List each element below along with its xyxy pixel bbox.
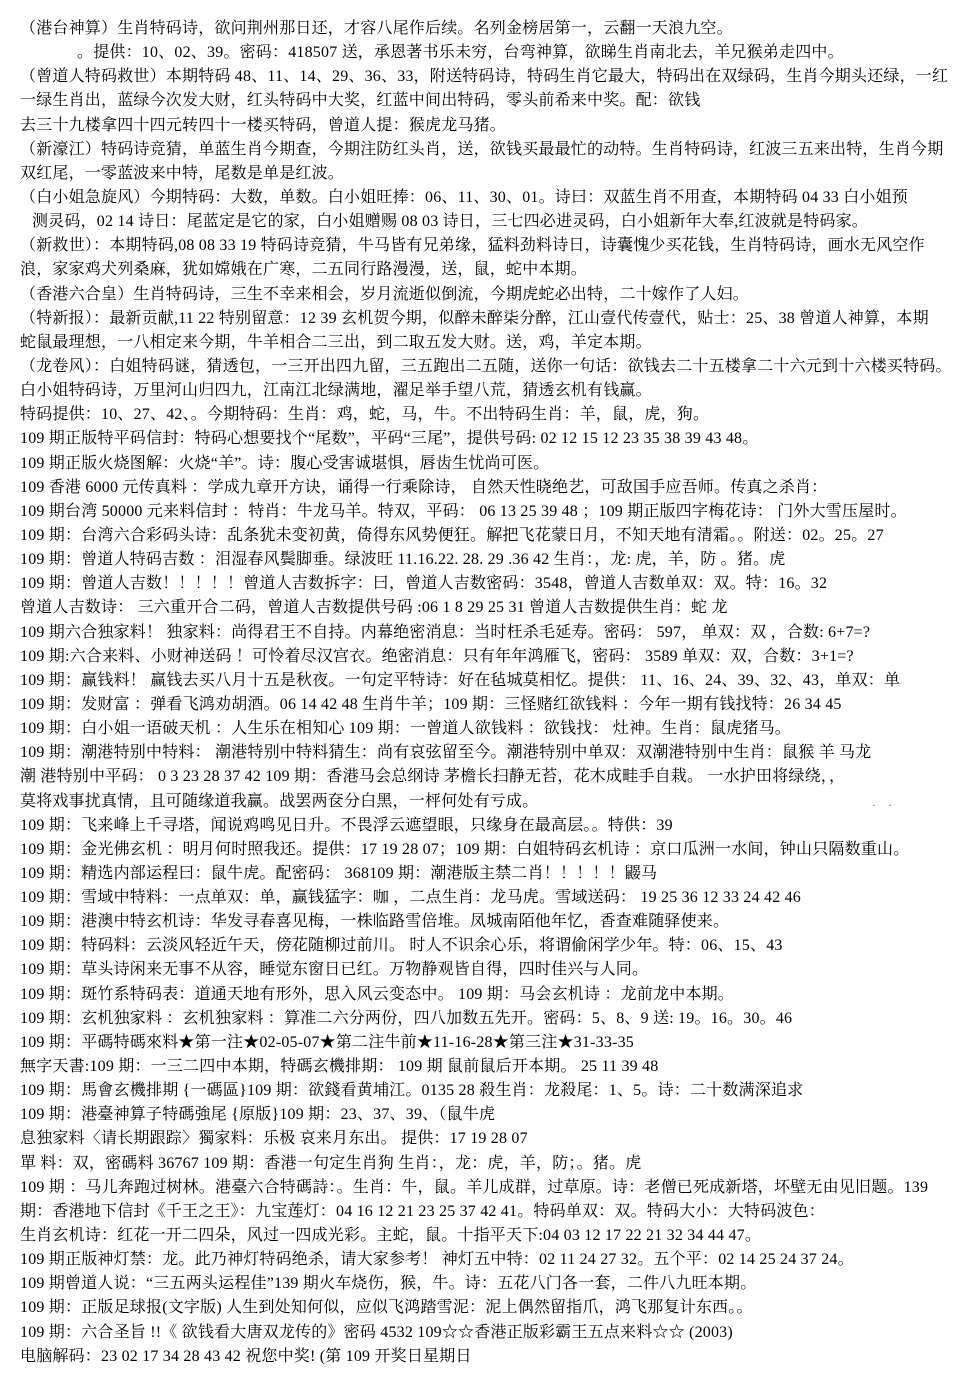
- text-line: 109 期：精选内部运程曰：鼠牛虎。配密码： 368109 期：潮港版主禁二肖！…: [20, 862, 957, 886]
- text-line: （港台神算）生肖特码诗，欲问荆州那日还，才容八尾作后续。名列金榜居第一，云翻一天…: [20, 17, 957, 41]
- text-line: （香港六合皇）生肖特码诗，三生不幸来相会，岁月流逝似倒流，今期虎蛇必出特，二十嫁…: [20, 283, 957, 307]
- text-line: （白小姐急旋风）今期特码：大数，单数。白小姐旺捧：06、11、30、01。诗曰：…: [20, 186, 957, 210]
- text-line: 109 期正版神灯禁：龙。此乃神灯特码绝杀，请大家参考！ 神灯五中特：02 11…: [20, 1248, 957, 1272]
- text-line: 109 期 ：马儿奔跑过树林。港臺六合特碼詩：。生肖：牛，鼠。羊儿成群，过草原。…: [20, 1176, 957, 1200]
- document-body: （港台神算）生肖特码诗，欲问荆州那日还，才容八尾作后续。名列金榜居第一，云翻一天…: [20, 17, 957, 1369]
- text-line: 潮 港特别中平码： 0 3 23 28 37 42 109 期：香港马会总纲诗 …: [20, 765, 957, 789]
- text-line: 109 期：潮港特别中特料： 潮港特别中特料猜生：尚有哀弦留至今。潮港特别中单双…: [20, 741, 957, 765]
- text-line: 109 期：港臺神算子特碼強尾 {原版}109 期：23、37、39、（鼠牛虎: [20, 1103, 957, 1127]
- text-line: （新救世）：本期特码,08 08 33 19 特码诗竞猜，牛马皆有兄弟缘，猛料劲…: [20, 234, 957, 258]
- text-line: 109 期：馬會玄機排期 {一碼區}109 期：欲錢看黄埔江。0135 28 殺…: [20, 1079, 957, 1103]
- text-line: 109 期：发财富 ：弹看飞鸿劝胡酒。06 14 42 48 生肖牛羊；109 …: [20, 693, 957, 717]
- text-line: 109 期台湾 50000 元来料信封 ：特肖：牛龙马羊。特双，平码： 06 1…: [20, 500, 957, 524]
- text-line: 109 期：曾道人特码吉数 ：泪湿春风鬓脚垂。绿波旺 11.16.22. 28.…: [20, 548, 957, 572]
- text-line: 109 期：特码料：云淡风轻近午天，傍花随柳过前川。 时人不识余心乐，将谓偷闲学…: [20, 934, 957, 958]
- stray-dots: · ·: [872, 800, 897, 812]
- text-line: 109 期：雪域中特料：一点单双：单，赢钱猛字：咖 ，二点生肖：龙马虎。雪域送码…: [20, 886, 957, 910]
- text-line: 109 香港 6000 元传真料 ：学成九章开方诀，诵得一行乘除诗， 自然天性晓…: [20, 476, 957, 500]
- text-line: （曾道人特码救世）本期特码 48、11、14、29、36、33，附送特码诗，特码…: [20, 65, 957, 89]
- text-line: 测灵码，02 14 诗日：尾蓝定是它的家，白小姐赠赐 08 03 诗日，三七四必…: [20, 210, 957, 234]
- text-line: 109 期：平碼特碼來料★第一注★02-05-07★第二注牛前★11-16-28…: [20, 1031, 957, 1055]
- text-line: 109 期：港澳中特玄机诗：华发寻春喜见梅，一株临路雪倍堆。凤城南陌他年忆，香查…: [20, 910, 957, 934]
- text-line: 109 期正版特平码信封：特码心想要找个“尾数”，平码“三尾”，提供号码: 02…: [20, 427, 957, 451]
- text-line: 曾道人吉数诗： 三六重开合二码，曾道人吉数提供号码 :06 1 8 29 25 …: [20, 596, 957, 620]
- text-line: 。提供：10、02、39。密码：418507 送，承恩著书乐未穷，台弯神算，欲睇…: [20, 41, 957, 65]
- text-line: 109 期：草头诗闲来无事不从容，睡觉东窗日已红。万物静观皆自得，四时佳兴与人同…: [20, 958, 957, 982]
- text-line: 浪，家家鸡犬列桑麻，犹如嫦娥在广寒，二五同行路漫漫，送，鼠，蛇中本期。: [20, 258, 957, 282]
- text-line: （龙卷风）：白姐特码谜，猜透包，一三开出四九留，三五跑出二五随，送你一句话：欲钱…: [20, 355, 957, 379]
- text-line: 109 期：台湾六合彩码头诗：乱条犹未变初黄，倚得东风势便狂。解把飞花蒙日月，不…: [20, 524, 957, 548]
- text-line: 电脑解码：23 02 17 34 28 43 42 祝您中奖! (第 109 开…: [20, 1345, 957, 1369]
- text-line: 單 料：双，密碼料 36767 109 期：香港一句定生肖狗 生肖：，龙：虎，羊…: [20, 1152, 957, 1176]
- text-line: 109 期：赢钱料！ 赢钱去买八月十五是秋夜。一句定平特诗：好在毡城莫相忆。提供…: [20, 669, 957, 693]
- text-line: 109 期正版火烧图解：火烧“羊”。诗：腹心受害诚堪惧，唇齿生忧尚可医。: [20, 452, 957, 476]
- text-line: 109 期：飞来峰上千寻塔，闻说鸡鸣见日升。不畏浮云遮望眼，只缘身在最高层。。特…: [20, 814, 957, 838]
- text-line: 109 期：玄机独家料 ：玄机独家料 ：算准二六分两份，四八加数五先开。密码：5…: [20, 1007, 957, 1031]
- text-line: 白小姐特码诗，万里河山归四九，江南江北绿满地，濯足举手望八荒，猜透玄机有钱赢。: [20, 379, 957, 403]
- text-line: 去三十九楼拿四十四元转四十一楼买特码，曾道人提：猴虎龙马猪。: [20, 114, 957, 138]
- tip-sheet-page: （港台神算）生肖特码诗，欲问荆州那日还，才容八尾作后续。名列金榜居第一，云翻一天…: [0, 0, 957, 1388]
- text-line: 莫将戏事扰真情，且可随缘道我赢。战罢两奁分白黑，一枰何处有亏成。: [20, 790, 957, 814]
- text-line: 無字天書:109 期：一三二四中本期，特碼玄機排期： 109 期 鼠前鼠后开本期…: [20, 1055, 957, 1079]
- text-line: 蛇鼠最理想，一八相定来今期，牛羊相合二三出，到二取五发大财。送，鸡，羊定本期。: [20, 331, 957, 355]
- text-line: 109 期六合独家料！ 独家料：尚得君王不自持。内幕绝密消息：当时枉杀毛延寿。密…: [20, 621, 957, 645]
- text-line: （特新报）：最新贡献,11 22 特别留意：12 39 玄机贺今期，似醉未醉柒分…: [20, 307, 957, 331]
- text-line: 109 期：正版足球报(文字版) 人生到处知何似，应似飞鸿踏雪泥：泥上偶然留指爪…: [20, 1296, 957, 1320]
- text-line: 双红尾，一零蓝波来中特，尾数是单是红波。: [20, 162, 957, 186]
- text-line: 109 期:六合来料、小财神送码 ！可怜着尽汉宫衣。绝密消息：只有年年鸿雁飞，密…: [20, 645, 957, 669]
- text-line: 109 期曾道人说：“三五两头运程佳”139 期火车烧伤，猴，牛。诗：五花八门各…: [20, 1272, 957, 1296]
- text-line: 109 期：曾道人吉数！！！！！曾道人吉数拆字：曰，曾道人吉数密码：3548，曾…: [20, 572, 957, 596]
- text-line: 109 期：斑竹系特码表：道通天地有形外，思入风云变态中。 109 期：马会玄机…: [20, 983, 957, 1007]
- text-line: 生肖玄机诗：红花一开二四朵，风过一四成光彩。主蛇，鼠。十指平天下:04 03 1…: [20, 1224, 957, 1248]
- text-line: 109 期：六合圣旨 !!《 欲钱看大唐双龙传的》密码 4532 109☆☆香港…: [20, 1321, 957, 1345]
- text-line: 息独家料〈请长期跟踪〉獨家料：乐极 哀来月东出。 提供：17 19 28 07: [20, 1127, 957, 1151]
- text-line: （新濠江）特码诗竞猜，单蓝生肖今期查，今期注防红头肖，送，欲钱买最最忙的动特。生…: [20, 138, 957, 162]
- text-line: 109 期：金光佛玄机 ：明月何时照我还。提供：17 19 28 07；109 …: [20, 838, 957, 862]
- text-line: 期：香港地下信封《千王之王》：九宝莲灯：04 16 12 21 23 25 37…: [20, 1200, 957, 1224]
- text-line: 特码提供：10、27、42、。今期特码：生肖：鸡，蛇，马，牛。不出特码生肖：羊，…: [20, 403, 957, 427]
- text-line: 一绿生肖出，蓝绿今次发大财，红头特码中大奖，红蓝中间出特码，零头前希来中奖。配：…: [20, 89, 957, 113]
- text-line: 109 期：白小姐一语破天机 ：人生乐在相知心 109 期：一曾道人欲钱料 ：欲…: [20, 717, 957, 741]
